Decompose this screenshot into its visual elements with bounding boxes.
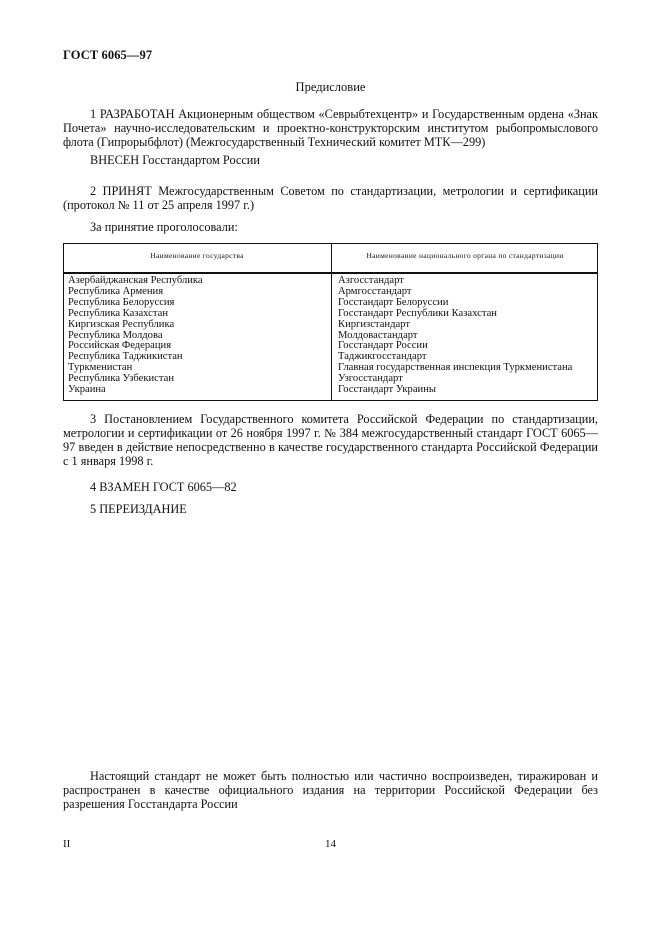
paragraph-copyright: Настоящий стандарт не может быть полност…	[63, 769, 598, 811]
table-cell-body: Киргизстандарт	[338, 320, 572, 331]
paragraph-introduced: ВНЕСЕН Госстандартом России	[63, 153, 598, 167]
table-cell-body: Госстандарт Украины	[338, 385, 572, 396]
table-cell-state: Украина	[68, 385, 203, 396]
table-column-bodies: АзгосстандартАрмгосстандартГосстандарт Б…	[338, 276, 572, 396]
table-cell-body: Госстандарт Республики Казахстан	[338, 309, 572, 320]
table-header-body: Наименование национального органа по ста…	[332, 251, 598, 260]
table-column-states: Азербайджанская РеспубликаРеспублика Арм…	[68, 276, 203, 396]
paragraph-reissue: 5 ПЕРЕИЗДАНИЕ	[63, 502, 598, 516]
paragraph-replaces: 4 ВЗАМЕН ГОСТ 6065—82	[63, 480, 598, 494]
paragraph-voted: За принятие проголосовали:	[63, 220, 598, 234]
table-cell-state: Республика Казахстан	[68, 309, 203, 320]
table-cell-state: Киргизская Республика	[68, 320, 203, 331]
document-header: ГОСТ 6065—97	[63, 48, 152, 63]
document-page: ГОСТ 6065—97 Предисловие 1 РАЗРАБОТАН Ак…	[0, 0, 661, 936]
table-column-divider	[331, 243, 332, 401]
paragraph-resolution: 3 Постановлением Государственного комите…	[63, 412, 598, 468]
paragraph-adopted: 2 ПРИНЯТ Межгосударственным Советом по с…	[63, 184, 598, 212]
table-header-state: Наименование государства	[63, 251, 331, 260]
section-title: Предисловие	[0, 80, 661, 95]
paragraph-developed: 1 РАЗРАБОТАН Акционерным обществом «Севр…	[63, 107, 598, 149]
page-number: 14	[0, 838, 661, 850]
